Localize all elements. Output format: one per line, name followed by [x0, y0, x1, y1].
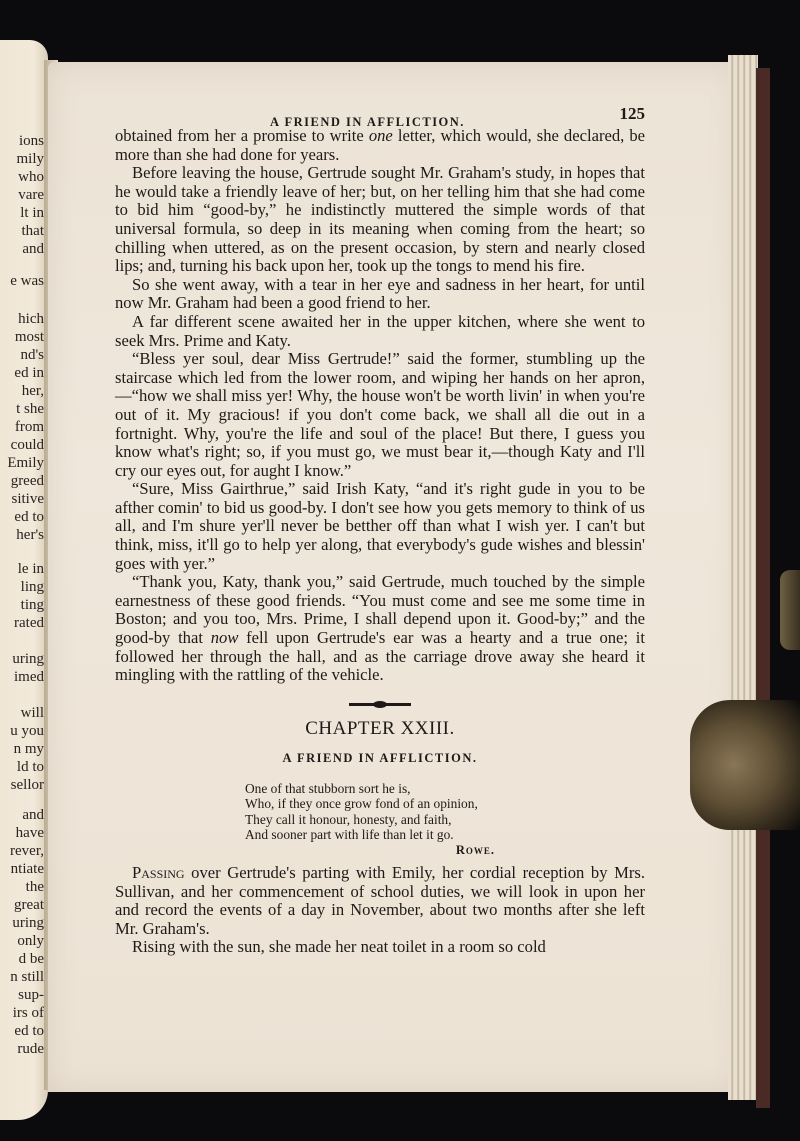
left-page-fragment: sitive	[12, 490, 45, 508]
epigraph-line: One of that stubborn sort he is,	[245, 781, 495, 796]
book-cover-edge	[756, 68, 770, 1108]
epigraph-line: They call it honour, honesty, and faith,	[245, 812, 495, 827]
body-text: obtained from her a promise to write one…	[115, 127, 645, 685]
section-ornament	[349, 703, 411, 706]
left-page-fragment: her,	[22, 382, 44, 400]
chapter-paragraph: Passing over Gertrude's parting with Emi…	[115, 864, 645, 938]
chapter-paragraph: Rising with the sun, she made her neat t…	[115, 938, 645, 957]
left-page-fragment: rever,	[10, 842, 44, 860]
paragraph: “Sure, Miss Gairthrue,” said Irish Katy,…	[115, 480, 645, 573]
left-page-fragment: lt in	[20, 204, 44, 222]
epigraph-lines: One of that stubborn sort he is,Who, if …	[245, 781, 495, 843]
epigraph-line: Who, if they once grow fond of an opinio…	[245, 796, 495, 811]
left-page-fragment: mily	[16, 150, 44, 168]
left-page-fragment: ions	[19, 132, 44, 150]
epigraph: One of that stubborn sort he is,Who, if …	[245, 781, 495, 858]
left-page-fragment: from	[15, 418, 44, 436]
chapter-title: A FRIEND IN AFFLICTION.	[115, 749, 645, 768]
left-page-fragment: sellor	[11, 776, 44, 794]
left-page-fragment: irs of	[13, 1004, 44, 1022]
left-page-fragment: hich	[18, 310, 44, 328]
left-page-fragment: ntiate	[11, 860, 44, 878]
emphasis: now	[211, 628, 239, 647]
paragraph: So she went away, with a tear in her eye…	[115, 276, 645, 313]
epigraph-attribution: Rowe.	[245, 843, 495, 858]
left-page-fragment: uring	[12, 650, 44, 668]
left-page-fragment: sup-	[18, 986, 44, 1004]
left-page-fragment: most	[15, 328, 44, 346]
left-page-fragment: rated	[14, 614, 44, 632]
left-page-fragment: and	[22, 806, 44, 824]
left-page-fragment: and	[22, 240, 44, 258]
left-page-fragment: ed in	[14, 364, 44, 382]
left-page-fragment: ed to	[14, 1022, 44, 1040]
left-page-sliver: ionsmilywhovarelt inthatande washichmost…	[0, 40, 48, 1120]
left-page-fragment: n still	[10, 968, 44, 986]
page-edges	[728, 55, 758, 1100]
left-page-fragment: great	[14, 896, 44, 914]
running-head: A FRIEND IN AFFLICTION. 125	[115, 103, 645, 127]
left-page-fragment: greed	[11, 472, 44, 490]
left-page-fragment: Emily	[7, 454, 44, 472]
brass-bookend-hand	[690, 700, 800, 830]
epigraph-line: And sooner part with life than let it go…	[245, 827, 495, 842]
left-page-fragment: will	[21, 704, 44, 722]
left-page-fragment: le in	[18, 560, 44, 578]
left-page-fragment: ed to	[14, 508, 44, 526]
left-page-fragment: ld to	[17, 758, 44, 776]
left-page-fragment: her's	[16, 526, 44, 544]
left-page-fragment: only	[17, 932, 44, 950]
left-page-fragment: t she	[16, 400, 44, 418]
left-page-fragment: e was	[10, 272, 44, 290]
left-page-fragment: uring	[12, 914, 44, 932]
page-number: 125	[620, 105, 646, 124]
paragraph: A far different scene awaited her in the…	[115, 313, 645, 350]
opening-word: Passing	[132, 863, 185, 882]
left-page-fragment: have	[16, 824, 44, 842]
paragraph: Before leaving the house, Gertrude sough…	[115, 164, 645, 276]
left-page-fragment: ting	[21, 596, 44, 614]
left-page-fragment: the	[26, 878, 44, 896]
left-page-fragment: could	[11, 436, 44, 454]
chapter-body-text: Passing over Gertrude's parting with Emi…	[115, 864, 645, 957]
page-content: A FRIEND IN AFFLICTION. 125 obtained fro…	[115, 103, 645, 957]
paragraph: “Bless yer soul, dear Miss Gertrude!” sa…	[115, 350, 645, 480]
chapter-number: CHAPTER XXIII.	[115, 720, 645, 739]
left-page-fragment: nd's	[20, 346, 44, 364]
brass-bookend-upper	[780, 570, 800, 650]
left-page-fragment: ling	[21, 578, 44, 596]
left-page-fragment: who	[18, 168, 44, 186]
left-page-fragment: vare	[18, 186, 44, 204]
paragraph: obtained from her a promise to write one…	[115, 127, 645, 164]
left-page-fragment: d be	[19, 950, 44, 968]
left-page-fragment: rude	[17, 1040, 44, 1058]
left-page-fragment: imed	[14, 668, 44, 686]
left-page-fragment: n my	[14, 740, 44, 758]
running-head-title: A FRIEND IN AFFLICTION.	[270, 113, 465, 132]
left-page-fragment: that	[22, 222, 45, 240]
left-page-fragment: u you	[10, 722, 44, 740]
paragraph: “Thank you, Katy, thank you,” said Gertr…	[115, 573, 645, 685]
